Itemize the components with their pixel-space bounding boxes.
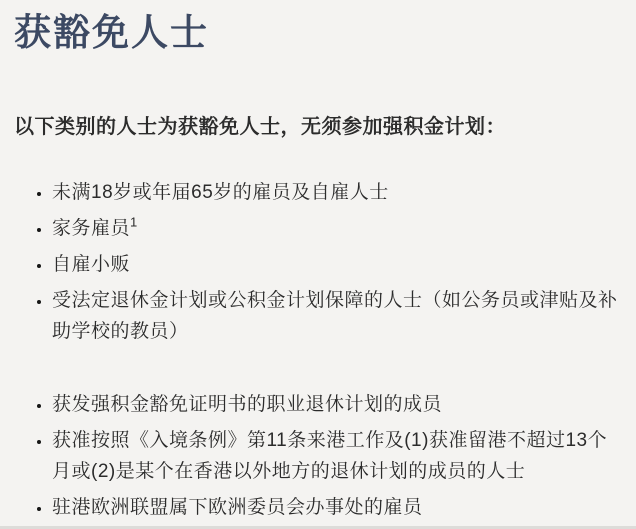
list-item: 驻港欧洲联盟属下欧洲委员会办事处的雇员 bbox=[52, 492, 622, 523]
list-item-text: 获发强积金豁免证明书的职业退休计划的成员 bbox=[52, 394, 442, 415]
intro-text: 以下类别的人士为获豁免人士，无须参加强积金计划： bbox=[14, 115, 622, 139]
list-item-text: 未满18岁或年届65岁的雇员及自雇人士 bbox=[52, 182, 389, 203]
list-item-text: 驻港欧洲联盟属下欧洲委员会办事处的雇员 bbox=[52, 497, 423, 518]
list-item: 受法定退休金计划或公积金计划保障的人士（如公务员或津贴及补助学校的教员） bbox=[52, 285, 622, 347]
exempt-list-secondary: 获发强积金豁免证明书的职业退休计划的成员获准按照《入境条例》第11条来港工作及(… bbox=[14, 389, 622, 523]
list-item: 获发强积金豁免证明书的职业退休计划的成员 bbox=[52, 389, 622, 420]
list-item-text: 家务雇员 bbox=[52, 218, 130, 239]
list-item-text: 自雇小贩 bbox=[52, 254, 130, 275]
list-item: 获准按照《入境条例》第11条来港工作及(1)获准留港不超过13个月或(2)是某个… bbox=[52, 425, 622, 487]
list-item-text: 获准按照《入境条例》第11条来港工作及(1)获准留港不超过13个月或(2)是某个… bbox=[52, 430, 607, 482]
footnote-marker: 1 bbox=[130, 214, 138, 229]
list-item: 家务雇员1 bbox=[52, 213, 622, 244]
list-item: 自雇小贩 bbox=[52, 249, 622, 280]
exempt-list-primary: 未满18岁或年届65岁的雇员及自雇人士家务雇员1自雇小贩受法定退休金计划或公积金… bbox=[14, 177, 622, 347]
list-item-text: 受法定退休金计划或公积金计划保障的人士（如公务员或津贴及补助学校的教员） bbox=[52, 290, 618, 342]
list-item: 未满18岁或年届65岁的雇员及自雇人士 bbox=[52, 177, 622, 208]
page-title: 获豁免人士 bbox=[14, 12, 622, 55]
exempted-persons-page: 获豁免人士 以下类别的人士为获豁免人士，无须参加强积金计划： 未满18岁或年届6… bbox=[0, 0, 636, 529]
